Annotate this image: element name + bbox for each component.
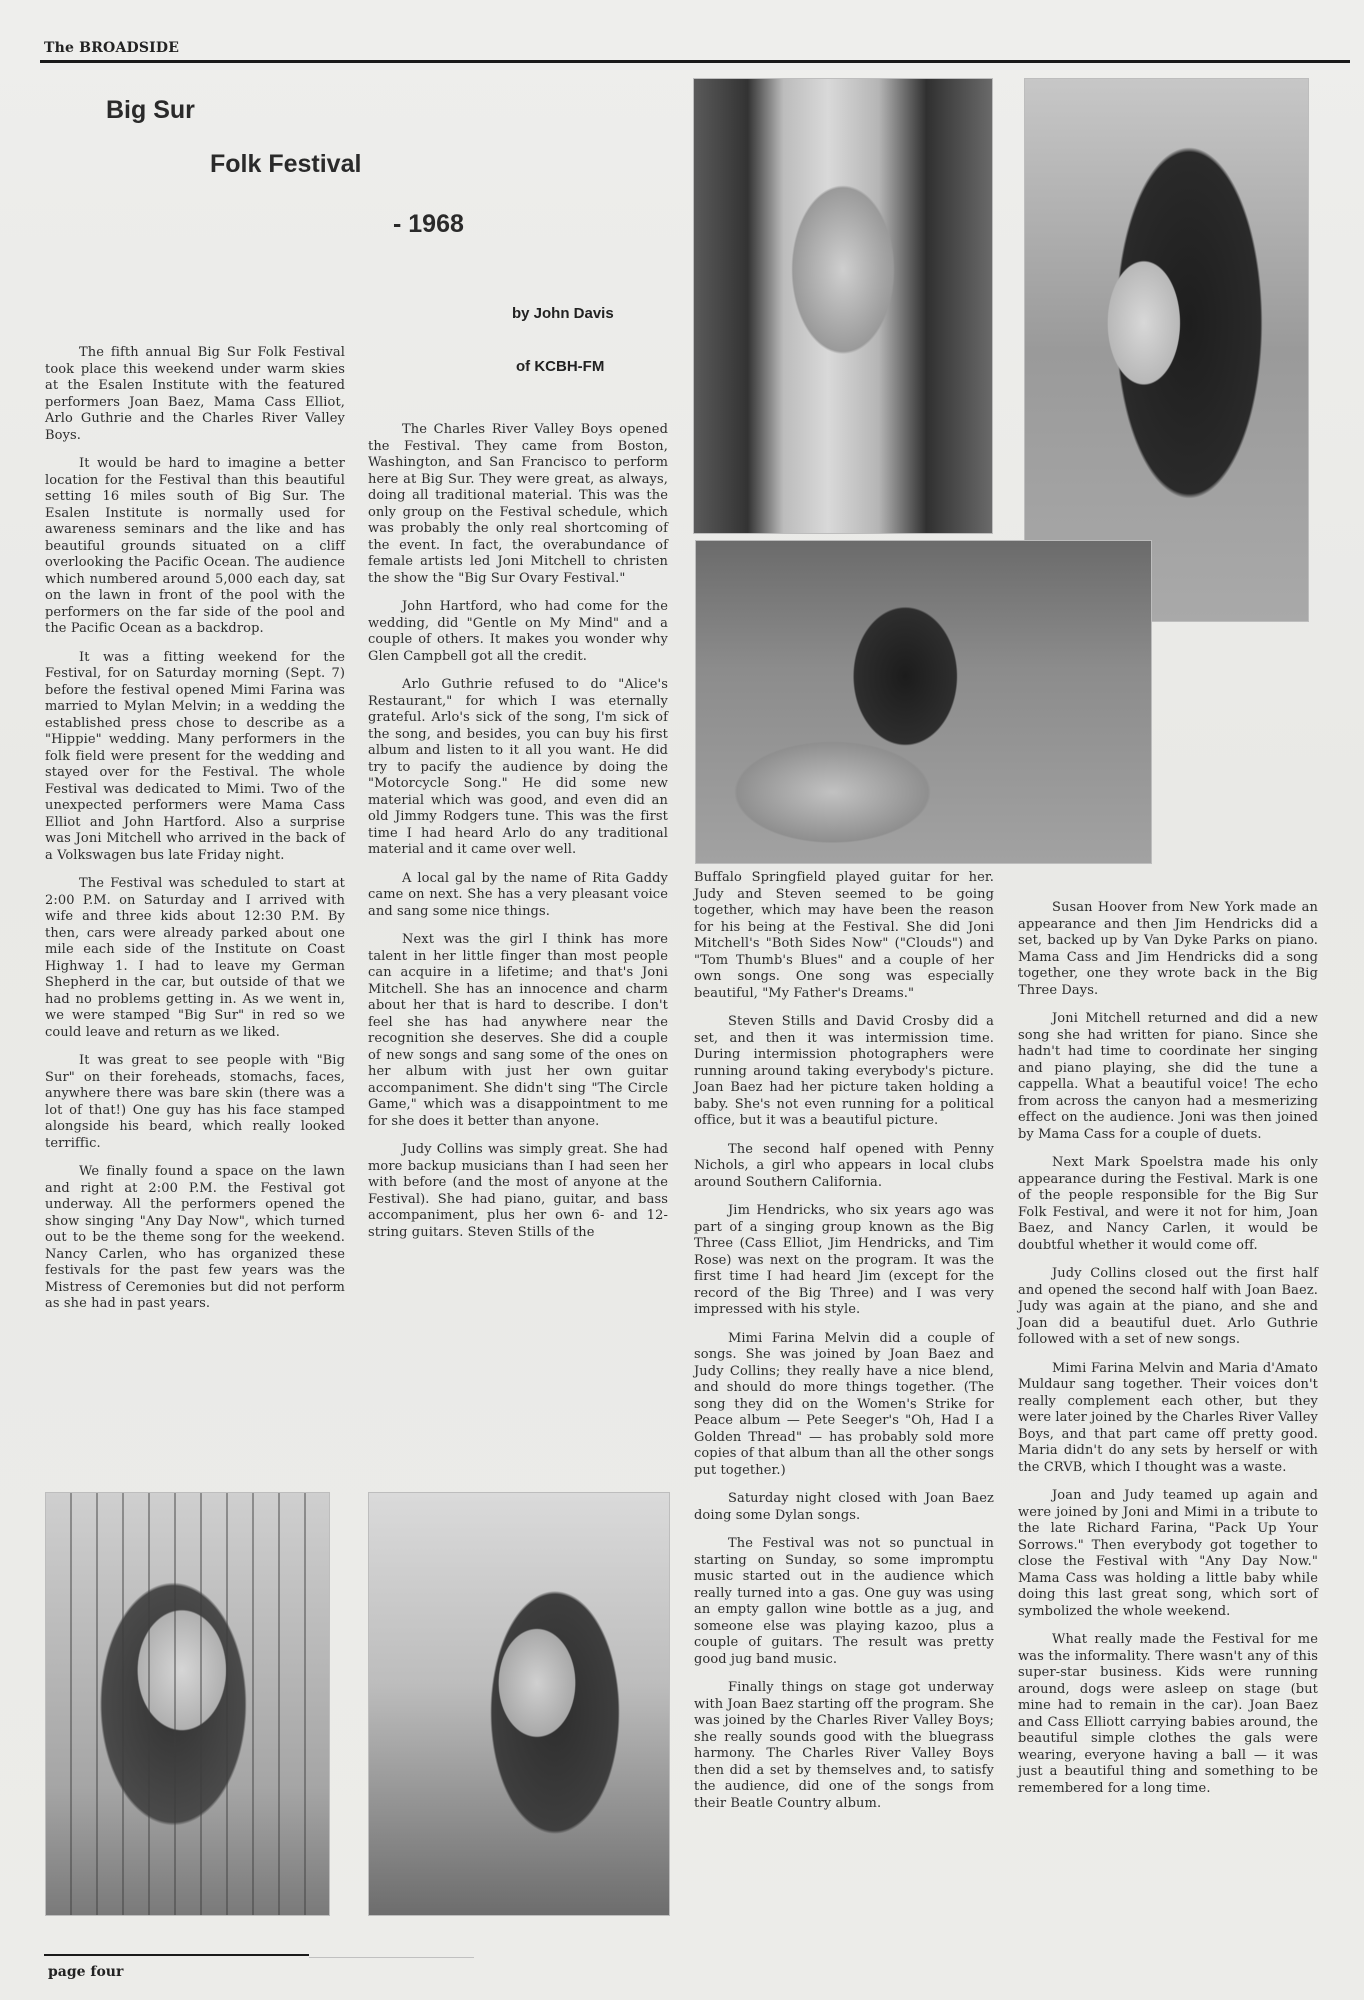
article-column-1: The fifth annual Big Sur Folk Festival t… [45, 345, 345, 1325]
masthead: The BROADSIDE [44, 40, 179, 56]
paragraph: Mimi Farina Melvin did a couple of songs… [694, 1331, 994, 1480]
article-column-3: Buffalo Springfield played guitar for he… [694, 870, 994, 1824]
newspaper-page: The BROADSIDE Big Sur Folk Festival - 19… [0, 0, 1364, 2000]
paragraph: Buffalo Springfield played guitar for he… [694, 870, 994, 1002]
paragraph: A local gal by the name of Rita Gaddy ca… [368, 871, 668, 921]
paragraph: Susan Hoover from New York made an appea… [1018, 900, 1318, 999]
paragraph: The Festival was scheduled to start at 2… [45, 876, 345, 1041]
article-column-2: The Charles River Valley Boys opened the… [368, 422, 668, 1253]
paragraph: Next was the girl I think has more talen… [368, 932, 668, 1130]
paragraph: Mimi Farina Melvin and Maria d'Amato Mul… [1018, 1361, 1318, 1477]
byline-affiliation: of KCBH-FM [516, 358, 604, 375]
paragraph: It would be hard to imagine a better loc… [45, 456, 345, 638]
paragraph: Arlo Guthrie refused to do "Alice's Rest… [368, 677, 668, 859]
footer-rule [44, 1954, 309, 1956]
paragraph: It was a fitting weekend for the Festiva… [45, 650, 345, 865]
paragraph: Finally things on stage got underway wit… [694, 1680, 994, 1812]
photo-blonde-woman-smoking: woman with long blonde hair and bangs sm… [693, 78, 993, 534]
paragraph: Judy Collins was simply great. She had m… [368, 1142, 668, 1241]
article-column-4: Susan Hoover from New York made an appea… [1018, 900, 1318, 1809]
headline-line-3: - 1968 [393, 210, 464, 239]
paragraph: Steven Stills and David Crosby did a set… [694, 1014, 994, 1130]
paragraph: Saturday night closed with Joan Baez doi… [694, 1491, 994, 1524]
page-number: page four [48, 1964, 123, 1980]
byline-author: by John Davis [512, 305, 614, 322]
footer-rule-faint [309, 1957, 474, 1958]
paragraph: Next Mark Spoelstra made his only appear… [1018, 1155, 1318, 1254]
paragraph: Judy Collins closed out the first half a… [1018, 1266, 1318, 1349]
paragraph: The Charles River Valley Boys opened the… [368, 422, 668, 587]
paragraph: What really made the Festival for me was… [1018, 1632, 1318, 1797]
paragraph: We finally found a space on the lawn and… [45, 1164, 345, 1313]
headline-line-1: Big Sur [106, 96, 195, 125]
paragraph: The Festival was not so punctual in star… [694, 1536, 994, 1668]
header-rule [40, 60, 1350, 63]
paragraph: John Hartford, who had come for the wedd… [368, 599, 668, 665]
paragraph: Joan and Judy teamed up again and were j… [1018, 1488, 1318, 1620]
photo-woman-with-guitar: woman with long hair holding guitar, smi… [45, 1492, 330, 1916]
paragraph: Joni Mitchell returned and did a new son… [1018, 1011, 1318, 1143]
paragraph: The fifth annual Big Sur Folk Festival t… [45, 345, 345, 444]
headline-line-2: Folk Festival [210, 150, 361, 179]
paragraph: The second half opened with Penny Nichol… [694, 1142, 994, 1192]
photo-woman-braided-hair: woman with long dark braided hair in pro… [368, 1492, 670, 1916]
paragraph: Jim Hendricks, who six years ago was par… [694, 1203, 994, 1319]
photo-guitarist-at-microphone: woman with dark hair playing guitar at m… [695, 540, 1152, 864]
paragraph: It was great to see people with "Big Sur… [45, 1053, 345, 1152]
